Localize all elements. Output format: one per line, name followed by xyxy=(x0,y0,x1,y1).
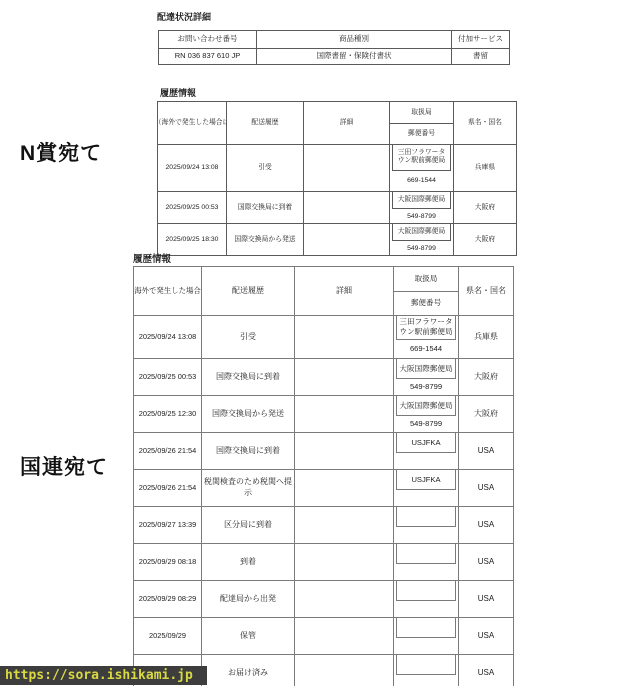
extra-service: 書留 xyxy=(451,49,509,64)
office-name: 大阪国際郵便局 xyxy=(392,192,451,209)
history-row: 2025/09/26 21:54 税関検査のため税関へ提示 USJFKA USA xyxy=(134,469,513,506)
region-name: 大阪府 xyxy=(458,359,513,395)
handling-office-cell: 大阪国際郵便局 549-8799 xyxy=(393,359,458,395)
handling-office-cell xyxy=(393,581,458,617)
status-detail xyxy=(294,655,393,686)
office-name xyxy=(396,544,456,564)
handling-office-cell: 三田フラワータウン駅前郵便局 669-1544 xyxy=(389,145,453,191)
delivery-status: 国際交換局から発送 xyxy=(201,396,294,432)
handling-office-cell: USJFKA xyxy=(393,470,458,506)
region-name: USA xyxy=(458,544,513,580)
handling-office-cell xyxy=(393,655,458,686)
delivery-status: 国際交換局に到着 xyxy=(201,433,294,469)
status-date: 2025/09/29 08:29 xyxy=(134,581,201,617)
history-row: 2025/09/25 18:30 国際交換局から発送 大阪国際郵便局 549-8… xyxy=(158,223,516,255)
col-header-postal-code: 郵便番号 xyxy=(390,124,453,145)
office-name xyxy=(396,507,456,527)
status-detail xyxy=(294,359,393,395)
status-date: 2025/09/24 13:08 xyxy=(134,316,201,358)
delivery-status: 国際交換局に到着 xyxy=(226,192,303,223)
tracking-page: { "page": { "left_labels": { "top": "N賞宛… xyxy=(0,0,640,686)
col-header-inquiry-number: お問い合わせ番号 xyxy=(159,31,256,48)
office-name: 大阪国際郵便局 xyxy=(396,359,456,379)
col-header-date: 状態発生日（海外で発生した場合は現地時間） xyxy=(158,102,226,144)
section-title-history-main: 履歴情報 xyxy=(133,251,171,265)
office-name: USJFKA xyxy=(396,433,456,453)
history-row: 2025/09/27 13:39 区分局に到着 USA xyxy=(134,506,513,543)
history-row: 2025/09/25 12:30 国際交換局から発送 大阪国際郵便局 549-8… xyxy=(134,395,513,432)
delivery-status: 国際交換局に到着 xyxy=(201,359,294,395)
history-row: 2025/09/26 21:54 国際交換局に到着 USJFKA USA xyxy=(134,432,513,469)
status-date: 2025/09/29 08:18 xyxy=(134,544,201,580)
handling-office-cell: 大阪国際郵便局 549-8799 xyxy=(389,224,453,255)
region-name: 兵庫県 xyxy=(458,316,513,358)
handling-office-cell: 大阪国際郵便局 549-8799 xyxy=(389,192,453,223)
status-detail xyxy=(294,618,393,654)
handling-office-cell xyxy=(393,618,458,654)
history-table-header: 状態発生日（海外で発生した場合は現地時間） 配送履歴 詳細 取扱局 郵便番号 県… xyxy=(134,267,513,315)
col-header-date: 状態発生日（海外で発生した場合は現地時間） xyxy=(134,267,201,315)
status-table-header: お問い合わせ番号 商品種別 付加サービス xyxy=(159,31,509,48)
history-table-small: 状態発生日（海外で発生した場合は現地時間） 配送履歴 詳細 取扱局 郵便番号 県… xyxy=(157,101,517,256)
col-header-history: 配送履歴 xyxy=(226,102,303,144)
col-header-postal-code: 郵便番号 xyxy=(394,292,458,316)
delivery-status: 到着 xyxy=(201,544,294,580)
status-table: お問い合わせ番号 商品種別 付加サービス RN 036 837 610 JP 国… xyxy=(158,30,510,65)
office-name: 三田フラワータウン駅前郵便局 xyxy=(396,316,456,340)
history-row: 2025/09/29 保管 USA xyxy=(134,617,513,654)
col-header-region: 県名・国名 xyxy=(458,267,513,315)
postal-code: 669-1544 xyxy=(407,171,436,191)
section-title-status: 配達状況詳細 xyxy=(157,10,211,23)
delivery-status: 引受 xyxy=(226,145,303,191)
history-row: 2025/09/25 00:53 国際交換局に到着 大阪国際郵便局 549-87… xyxy=(158,191,516,223)
status-detail xyxy=(294,507,393,543)
col-header-item-type: 商品種別 xyxy=(256,31,451,48)
postal-code: 549-8799 xyxy=(410,416,442,432)
col-header-office: 取扱局 郵便番号 xyxy=(393,267,458,315)
office-name xyxy=(396,655,456,675)
col-header-office: 取扱局 郵便番号 xyxy=(389,102,453,144)
postal-code: 669-1544 xyxy=(410,340,442,358)
delivery-status: 区分局に到着 xyxy=(201,507,294,543)
region-name: 大阪府 xyxy=(458,396,513,432)
col-header-office-name: 取扱局 xyxy=(390,102,453,124)
history-row: 2025/09/29 08:18 到着 USA xyxy=(134,543,513,580)
status-detail xyxy=(294,433,393,469)
delivery-status: 引受 xyxy=(201,316,294,358)
region-name: 兵庫県 xyxy=(453,145,516,191)
status-detail xyxy=(294,396,393,432)
delivery-status: 税関検査のため税関へ提示 xyxy=(201,470,294,506)
status-date: 2025/09/25 00:53 xyxy=(134,359,201,395)
section-title-history-small: 履歴情報 xyxy=(160,86,196,99)
delivery-status: 保管 xyxy=(201,618,294,654)
status-detail xyxy=(294,470,393,506)
status-detail xyxy=(294,316,393,358)
status-date: 2025/09/26 21:54 xyxy=(134,470,201,506)
region-name: USA xyxy=(458,618,513,654)
history-row: 2025/09/24 13:08 引受 三田フラワータウン駅前郵便局 669-1… xyxy=(158,144,516,191)
region-name: USA xyxy=(458,433,513,469)
col-header-extra-service: 付加サービス xyxy=(451,31,509,48)
history-row: 2025/09/29 08:29 配達局から出発 USA xyxy=(134,580,513,617)
status-detail xyxy=(303,192,389,223)
status-date: 2025/09/24 13:08 xyxy=(158,145,226,191)
region-name: 大阪府 xyxy=(453,192,516,223)
region-name: USA xyxy=(458,655,513,686)
col-header-office-name: 取扱局 xyxy=(394,267,458,292)
region-name: 大阪府 xyxy=(453,224,516,255)
col-header-detail: 詳細 xyxy=(303,102,389,144)
history-table-main: 状態発生日（海外で発生した場合は現地時間） 配送履歴 詳細 取扱局 郵便番号 県… xyxy=(133,266,514,686)
source-url-watermark: https://sora.ishikami.jp xyxy=(0,666,207,685)
delivery-status: 配達局から出発 xyxy=(201,581,294,617)
handling-office-cell: 三田フラワータウン駅前郵便局 669-1544 xyxy=(393,316,458,358)
history-row: 2025/09/24 13:08 引受 三田フラワータウン駅前郵便局 669-1… xyxy=(134,315,513,358)
tracking-number: RN 036 837 610 JP xyxy=(159,49,256,64)
status-date: 2025/09/26 21:54 xyxy=(134,433,201,469)
status-detail xyxy=(303,145,389,191)
status-date: 2025/09/27 13:39 xyxy=(134,507,201,543)
top-capture-group: 配達状況詳細 お問い合わせ番号 商品種別 付加サービス RN 036 837 6… xyxy=(0,0,640,260)
postal-code: 549-8799 xyxy=(407,241,436,255)
office-name xyxy=(396,581,456,601)
region-name: USA xyxy=(458,507,513,543)
handling-office-cell xyxy=(393,544,458,580)
postal-code: 549-8799 xyxy=(407,209,436,223)
status-date: 2025/09/29 xyxy=(134,618,201,654)
office-name xyxy=(396,618,456,638)
handling-office-cell: 大阪国際郵便局 549-8799 xyxy=(393,396,458,432)
col-header-history: 配送履歴 xyxy=(201,267,294,315)
history-table-header: 状態発生日（海外で発生した場合は現地時間） 配送履歴 詳細 取扱局 郵便番号 県… xyxy=(158,102,516,144)
region-name: USA xyxy=(458,581,513,617)
office-name: 大阪国際郵便局 xyxy=(392,224,451,241)
status-detail xyxy=(294,581,393,617)
status-detail xyxy=(303,224,389,255)
office-name: 大阪国際郵便局 xyxy=(396,396,456,416)
status-table-row: RN 036 837 610 JP 国際書留・保険付書状 書留 xyxy=(159,48,509,64)
status-date: 2025/09/25 00:53 xyxy=(158,192,226,223)
region-name: USA xyxy=(458,470,513,506)
handling-office-cell: USJFKA xyxy=(393,433,458,469)
office-name: 三田フラワータウン駅前郵便局 xyxy=(392,145,451,171)
handling-office-cell xyxy=(393,507,458,543)
postal-code: 549-8799 xyxy=(410,379,442,395)
delivery-status: お届け済み xyxy=(201,655,294,686)
status-detail xyxy=(294,544,393,580)
annotation-un: 国連宛て xyxy=(20,451,108,481)
delivery-status: 国際交換局から発送 xyxy=(226,224,303,255)
item-type: 国際書留・保険付書状 xyxy=(256,49,451,64)
history-row: 2025/09/25 00:53 国際交換局に到着 大阪国際郵便局 549-87… xyxy=(134,358,513,395)
office-name: USJFKA xyxy=(396,470,456,490)
col-header-region: 県名・国名 xyxy=(453,102,516,144)
col-header-detail: 詳細 xyxy=(294,267,393,315)
status-date: 2025/09/25 12:30 xyxy=(134,396,201,432)
